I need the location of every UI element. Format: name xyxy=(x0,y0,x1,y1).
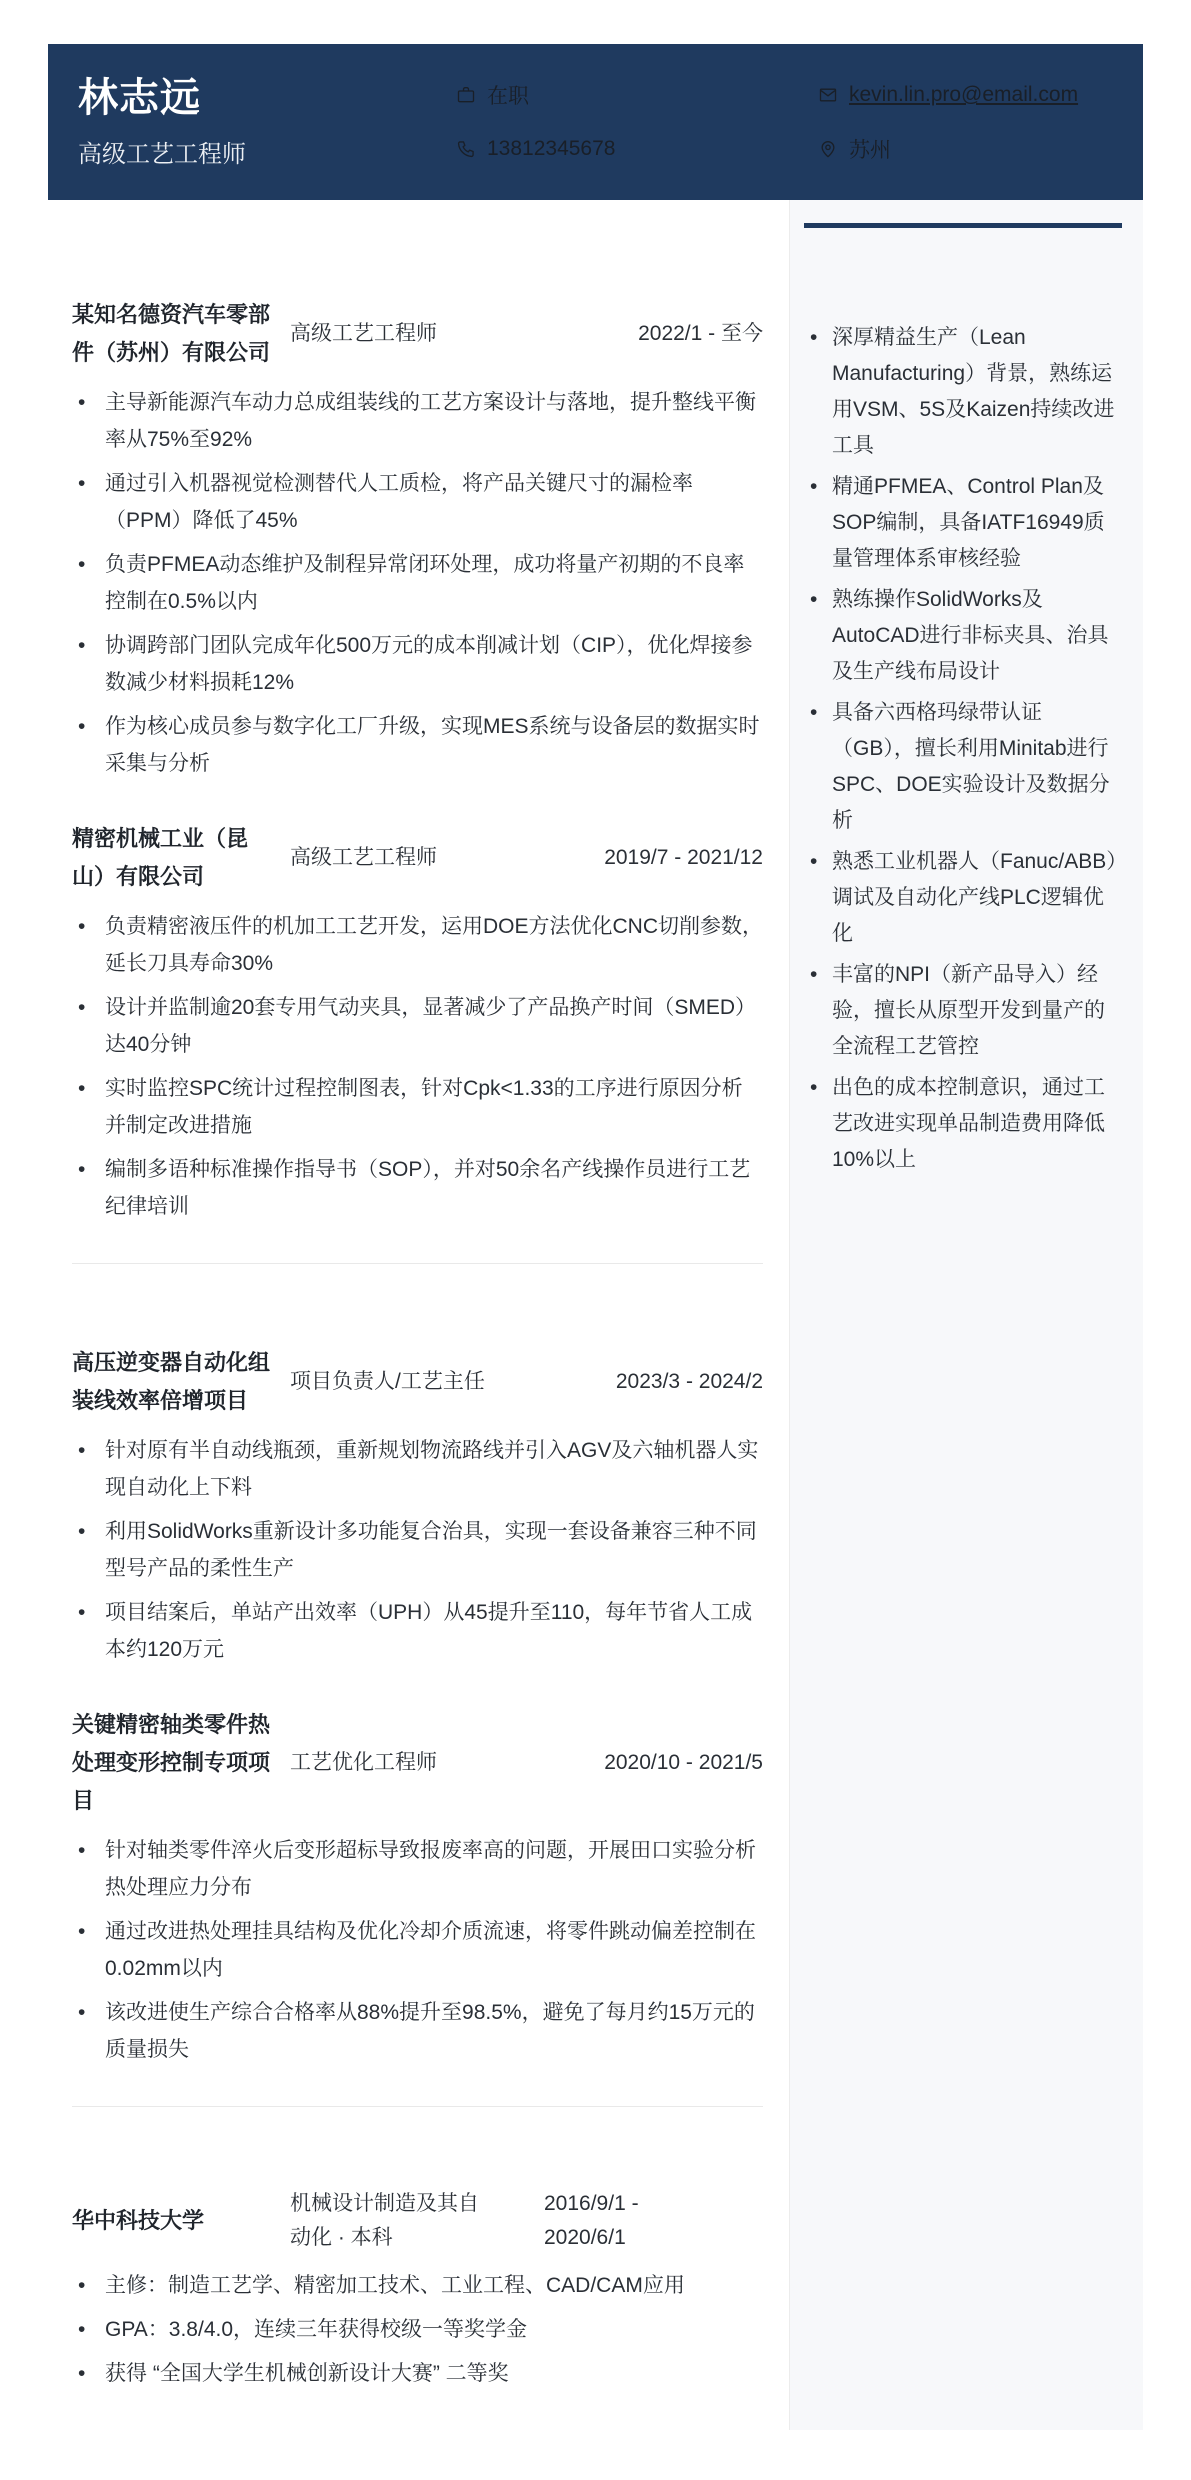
project-role: 项目负责人/工艺主任 xyxy=(290,1365,486,1399)
phone-icon xyxy=(456,139,476,159)
identity-block: 林志远 高级工艺工程师 xyxy=(78,76,456,169)
education-entry: 华中科技大学 机械设计制造及其自动化 · 本科 2016/9/1 - 2020/… xyxy=(72,2187,763,2392)
contact-email: kevin.lin.pro@email.com xyxy=(818,83,1113,107)
school-name: 华中科技大学 xyxy=(72,2202,278,2240)
company-name: 精密机械工业（昆山）有限公司 xyxy=(72,820,278,896)
bullet-item: 项目结案后，单站产出效率（UPH）从45提升至110，每年节省人工成本约120万… xyxy=(72,1594,763,1668)
location-pin-icon xyxy=(818,139,838,159)
bullet-item: 作为核心成员参与数字化工厂升级，实现MES系统与设备层的数据实时采集与分析 xyxy=(72,708,763,782)
bullet-item: 实时监控SPC统计过程控制图表，针对Cpk<1.33的工序进行原因分析并制定改进… xyxy=(72,1070,763,1144)
bullet-item: 负责精密液压件的机加工工艺开发，运用DOE方法优化CNC切削参数，延长刀具寿命3… xyxy=(72,908,763,982)
project-role: 工艺优化工程师 xyxy=(290,1746,486,1780)
section-divider xyxy=(72,2106,763,2107)
section-work-experience: 某知名德资汽车零部件（苏州）有限公司 高级工艺工程师 2022/1 - 至今 主… xyxy=(72,296,763,1225)
bullet-item: 针对轴类零件淬火后变形超标导致报废率高的问题，开展田口实验分析热处理应力分布 xyxy=(72,1832,763,1906)
date-range: 2019/7 - 2021/12 xyxy=(498,841,763,875)
major-degree: 机械设计制造及其自动化 · 本科 xyxy=(290,2187,486,2255)
employment-status: 在职 xyxy=(487,80,529,110)
bullet-item: 通过改进热处理挂具结构及优化冷却介质流速，将零件跳动偏差控制在0.02mm以内 xyxy=(72,1913,763,1987)
mail-icon xyxy=(818,85,838,105)
sidebar-accent-line xyxy=(804,223,1122,228)
skill-item: 丰富的NPI（新产品导入）经验，擅长从原型开发到量产的全流程工艺管控 xyxy=(804,957,1120,1065)
project-entry: 关键精密轴类零件热处理变形控制专项项目 工艺优化工程师 2020/10 - 20… xyxy=(72,1706,763,2068)
bullet-item: 主导新能源汽车动力总成组装线的工艺方案设计与落地，提升整线平衡率从75%至92% xyxy=(72,384,763,458)
company-name: 某知名德资汽车零部件（苏州）有限公司 xyxy=(72,296,278,372)
project-entry: 高压逆变器自动化组装线效率倍增项目 项目负责人/工艺主任 2023/3 - 20… xyxy=(72,1344,763,1668)
briefcase-icon xyxy=(456,85,476,105)
bullet-item: 主修：制造工艺学、精密加工技术、工业工程、CAD/CAM应用 xyxy=(72,2267,763,2304)
work-bullet-list: 主导新能源汽车动力总成组装线的工艺方案设计与落地，提升整线平衡率从75%至92%… xyxy=(72,384,763,782)
contact-location: 苏州 xyxy=(818,134,1113,164)
work-entry: 精密机械工业（昆山）有限公司 高级工艺工程师 2019/7 - 2021/12 … xyxy=(72,820,763,1225)
sidebar-skills: 深厚精益生产（Lean Manufacturing）背景，熟练运用VSM、5S及… xyxy=(789,200,1143,2430)
project-bullet-list: 针对原有半自动线瓶颈，重新规划物流路线并引入AGV及六轴机器人实现自动化上下料 … xyxy=(72,1432,763,1668)
email-link[interactable]: kevin.lin.pro@email.com xyxy=(849,83,1078,107)
bullet-item: 设计并监制逾20套专用气动夹具，显著减少了产品换产时间（SMED）达40分钟 xyxy=(72,989,763,1063)
skill-item: 熟悉工业机器人（Fanuc/ABB）调试及自动化产线PLC逻辑优化 xyxy=(804,844,1120,952)
project-bullet-list: 针对轴类零件淬火后变形超标导致报废率高的问题，开展田口实验分析热处理应力分布 通… xyxy=(72,1832,763,2068)
bullet-item: 利用SolidWorks重新设计多功能复合治具，实现一套设备兼容三种不同型号产品… xyxy=(72,1513,763,1587)
phone-number: 13812345678 xyxy=(487,137,615,161)
date-range: 2022/1 - 至今 xyxy=(498,317,763,351)
resume-page: 林志远 高级工艺工程师 在职 kevin.lin.pro@email.com xyxy=(48,44,1143,2430)
skill-item: 具备六西格玛绿带认证（GB），擅长利用Minitab进行SPC、DOE实验设计及… xyxy=(804,695,1120,839)
contact-status: 在职 xyxy=(456,80,818,110)
work-bullet-list: 负责精密液压件的机加工工艺开发，运用DOE方法优化CNC切削参数，延长刀具寿命3… xyxy=(72,908,763,1225)
header: 林志远 高级工艺工程师 在职 kevin.lin.pro@email.com xyxy=(48,44,1143,200)
education-bullet-list: 主修：制造工艺学、精密加工技术、工业工程、CAD/CAM应用 GPA：3.8/4… xyxy=(72,2267,763,2392)
bullet-item: 编制多语种标准操作指导书（SOP），并对50余名产线操作员进行工艺纪律培训 xyxy=(72,1151,763,1225)
section-projects: 高压逆变器自动化组装线效率倍增项目 项目负责人/工艺主任 2023/3 - 20… xyxy=(72,1344,763,2068)
skill-item: 熟练操作SolidWorks及AutoCAD进行非标夹具、治具及生产线布局设计 xyxy=(804,582,1120,690)
contact-phone: 13812345678 xyxy=(456,137,818,161)
bullet-item: 协调跨部门团队完成年化500万元的成本削减计划（CIP），优化焊接参数减少材料损… xyxy=(72,627,763,701)
project-entry-header: 关键精密轴类零件热处理变形控制专项项目 工艺优化工程师 2020/10 - 20… xyxy=(72,1706,763,1820)
person-name: 林志远 xyxy=(78,76,456,120)
work-entry: 某知名德资汽车零部件（苏州）有限公司 高级工艺工程师 2022/1 - 至今 主… xyxy=(72,296,763,782)
project-name: 关键精密轴类零件热处理变形控制专项项目 xyxy=(72,1706,278,1820)
location-text: 苏州 xyxy=(849,134,891,164)
skill-item: 出色的成本控制意识，通过工艺改进实现单品制造费用降低10%以上 xyxy=(804,1070,1120,1178)
person-job-title: 高级工艺工程师 xyxy=(78,134,456,169)
project-name: 高压逆变器自动化组装线效率倍增项目 xyxy=(72,1344,278,1420)
bullet-item: 该改进使生产综合合格率从88%提升至98.5%，避免了每月约15万元的质量损失 xyxy=(72,1994,763,2068)
job-role: 高级工艺工程师 xyxy=(290,317,486,351)
bullet-item: 获得 “全国大学生机械创新设计大赛” 二等奖 xyxy=(72,2355,763,2392)
project-entry-header: 高压逆变器自动化组装线效率倍增项目 项目负责人/工艺主任 2023/3 - 20… xyxy=(72,1344,763,1420)
resume-body: 某知名德资汽车零部件（苏州）有限公司 高级工艺工程师 2022/1 - 至今 主… xyxy=(48,200,1143,2430)
contact-info: 在职 kevin.lin.pro@email.com 13812345678 xyxy=(456,80,1113,164)
section-divider xyxy=(72,1263,763,1264)
bullet-item: 针对原有半自动线瓶颈，重新规划物流路线并引入AGV及六轴机器人实现自动化上下料 xyxy=(72,1432,763,1506)
education-entry-header: 华中科技大学 机械设计制造及其自动化 · 本科 2016/9/1 - 2020/… xyxy=(72,2187,763,2255)
job-role: 高级工艺工程师 xyxy=(290,841,486,875)
main-column: 某知名德资汽车零部件（苏州）有限公司 高级工艺工程师 2022/1 - 至今 主… xyxy=(48,200,789,2430)
bullet-item: 通过引入机器视觉检测替代人工质检，将产品关键尺寸的漏检率（PPM）降低了45% xyxy=(72,465,763,539)
skill-item: 精通PFMEA、Control Plan及SOP编制，具备IATF16949质量… xyxy=(804,469,1120,577)
date-range: 2023/3 - 2024/2 xyxy=(498,1365,763,1399)
skills-list: 深厚精益生产（Lean Manufacturing）背景，熟练运用VSM、5S及… xyxy=(804,320,1120,1178)
bullet-item: GPA：3.8/4.0，连续三年获得校级一等奖学金 xyxy=(72,2311,763,2348)
date-range: 2016/9/1 - 2020/6/1 xyxy=(498,2187,763,2255)
work-entry-header: 精密机械工业（昆山）有限公司 高级工艺工程师 2019/7 - 2021/12 xyxy=(72,820,763,896)
bullet-item: 负责PFMEA动态维护及制程异常闭环处理，成功将量产初期的不良率控制在0.5%以… xyxy=(72,546,763,620)
date-range: 2020/10 - 2021/5 xyxy=(498,1746,763,1780)
section-education: 华中科技大学 机械设计制造及其自动化 · 本科 2016/9/1 - 2020/… xyxy=(72,2187,763,2392)
work-entry-header: 某知名德资汽车零部件（苏州）有限公司 高级工艺工程师 2022/1 - 至今 xyxy=(72,296,763,372)
skill-item: 深厚精益生产（Lean Manufacturing）背景，熟练运用VSM、5S及… xyxy=(804,320,1120,464)
